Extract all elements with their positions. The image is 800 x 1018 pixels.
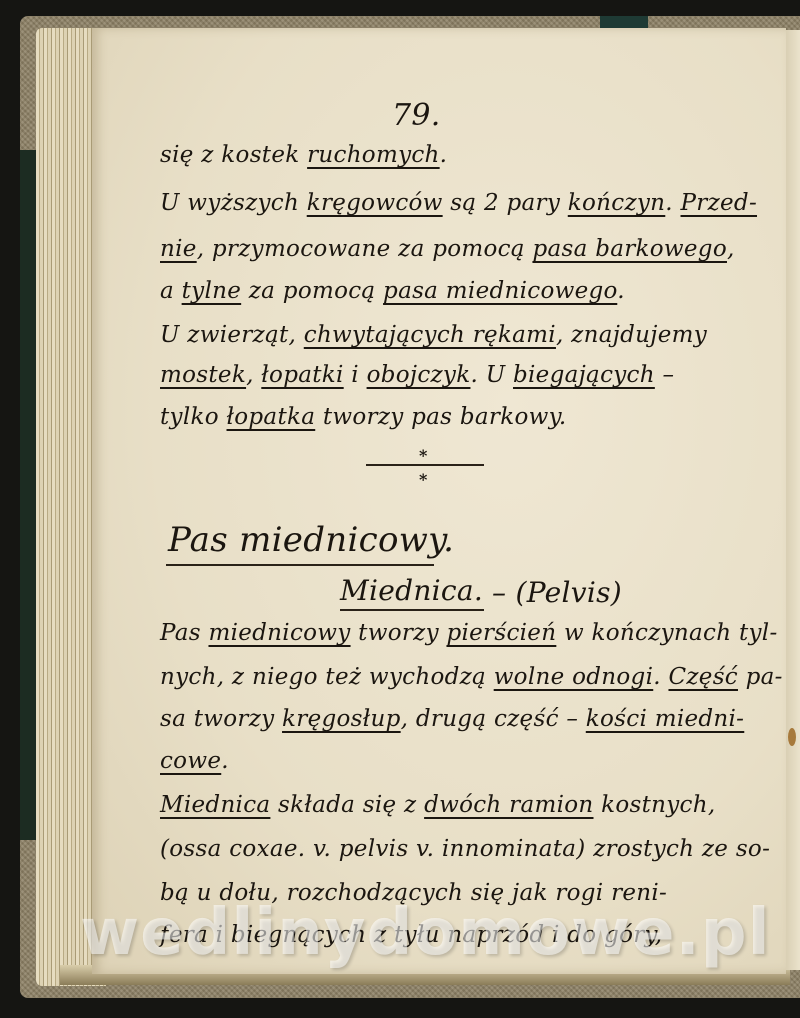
underlined-term: łopatki	[261, 362, 343, 388]
text-segment: składa się z	[270, 792, 424, 818]
text-line: się z kostek ruchomych.	[160, 142, 447, 168]
text-line: Miednica składa się z dwóch ramion kostn…	[160, 792, 715, 818]
separator-asterisk-top: *	[419, 446, 427, 465]
text-segment: ,	[246, 362, 261, 388]
separator-line	[366, 464, 484, 466]
text-segment: (ossa coxae. v. pelvis v. innominata)	[160, 836, 586, 862]
text-line: mostek, łopatki i obojczyk. U biegającyc…	[160, 362, 674, 388]
text-segment: a	[160, 278, 182, 304]
text-segment: tworzy	[351, 620, 447, 646]
text-line: U wyższych kręgowców są 2 pary kończyn. …	[160, 190, 757, 216]
underlined-term: tylne	[182, 278, 242, 304]
text-segment: .	[665, 190, 680, 216]
book-spine	[20, 150, 36, 840]
text-segment: nych, z niego też wychodzą	[160, 664, 494, 690]
text-segment: ,	[727, 236, 735, 262]
book-cover-edge	[600, 16, 648, 28]
underlined-term: biegających	[513, 362, 655, 388]
text-line: fera i biegnących z tyłu naprzód i do gó…	[160, 922, 662, 948]
text-segment: się z kostek	[160, 142, 307, 168]
text-line: (ossa coxae. v. pelvis v. innominata) zr…	[160, 836, 770, 862]
underlined-term: cowe	[160, 748, 221, 774]
underlined-term: kręgosłup	[282, 706, 401, 732]
underlined-term: kręgowców	[307, 190, 443, 216]
text-segment: U wyższych	[160, 190, 307, 216]
subtitle-latin: – (Pelvis)	[492, 576, 622, 609]
underlined-term: obojczyk	[367, 362, 471, 388]
underlined-term: pasa miednicowego	[383, 278, 617, 304]
subtitle-miednica: Miednica.	[340, 574, 483, 607]
text-segment: .	[617, 278, 625, 304]
facing-page-edge	[786, 30, 800, 970]
text-segment: Pas	[160, 620, 208, 646]
underlined-term: Część	[668, 664, 738, 690]
text-line: nych, z niego też wychodzą wolne odnogi.…	[160, 664, 783, 690]
text-segment: bą u dołu, rozchodzących się jak rogi re…	[160, 880, 667, 906]
text-segment: zrostych ze so-	[586, 836, 771, 862]
underlined-term: nie	[160, 236, 197, 262]
paper-stain	[788, 728, 796, 746]
underlined-term: kończyn	[568, 190, 666, 216]
text-segment: i	[344, 362, 367, 388]
subtitle-underline	[340, 609, 484, 611]
underlined-term: mostek	[160, 362, 246, 388]
underlined-term: chwytających rękami	[304, 322, 556, 348]
underlined-term: kości miedni-	[586, 706, 744, 732]
underlined-term: Przed-	[681, 190, 758, 216]
text-segment: kostnych,	[594, 792, 716, 818]
underlined-term: pasa barkowego	[532, 236, 727, 262]
underlined-term: łopatka	[227, 404, 316, 430]
subtitle-main: Miednica.	[340, 574, 483, 607]
text-segment: .	[653, 664, 668, 690]
text-line: Pas miednicowy tworzy pierścień w kończy…	[160, 620, 778, 646]
separator-asterisk-bottom: *	[419, 470, 427, 489]
text-segment: , drugą część –	[401, 706, 586, 732]
text-segment: –	[655, 362, 674, 388]
text-segment: U zwierząt,	[160, 322, 304, 348]
text-line: sa tworzy kręgosłup, drugą część – kości…	[160, 706, 744, 732]
underlined-term: Miednica	[160, 792, 270, 818]
text-segment: tworzy pas barkowy.	[315, 404, 566, 430]
text-segment: są 2 pary	[443, 190, 568, 216]
text-line: nie, przymocowane za pomocą pasa barkowe…	[160, 236, 735, 262]
text-segment: , znajdujemy	[556, 322, 707, 348]
text-line: a tylne za pomocą pasa miednicowego.	[160, 278, 625, 304]
text-line: bą u dołu, rozchodzących się jak rogi re…	[160, 880, 667, 906]
text-segment: fera i biegnących z tyłu naprzód i do gó…	[160, 922, 662, 948]
notebook-page	[92, 28, 786, 974]
text-segment: za pomocą	[241, 278, 383, 304]
text-line: U zwierząt, chwytających rękami, znajduj…	[160, 322, 707, 348]
text-line: tylko łopatka tworzy pas barkowy.	[160, 404, 566, 430]
text-segment: . U	[470, 362, 513, 388]
section-title: Pas miednicowy.	[168, 520, 454, 560]
underlined-term: wolne odnogi	[494, 664, 654, 690]
text-segment: .	[221, 748, 229, 774]
text-segment: w kończynach tyl-	[556, 620, 777, 646]
underlined-term: miednicowy	[208, 620, 350, 646]
text-segment: tylko	[160, 404, 227, 430]
text-segment: sa tworzy	[160, 706, 282, 732]
text-segment: , przymocowane za pomocą	[197, 236, 533, 262]
text-segment: .	[440, 142, 448, 168]
page-number: 79.	[392, 98, 441, 133]
underlined-term: ruchomych	[307, 142, 440, 168]
section-title-underline	[166, 564, 434, 566]
text-segment: pa-	[738, 664, 783, 690]
text-line: cowe.	[160, 748, 229, 774]
underlined-term: pierścień	[446, 620, 556, 646]
underlined-term: dwóch ramion	[424, 792, 593, 818]
